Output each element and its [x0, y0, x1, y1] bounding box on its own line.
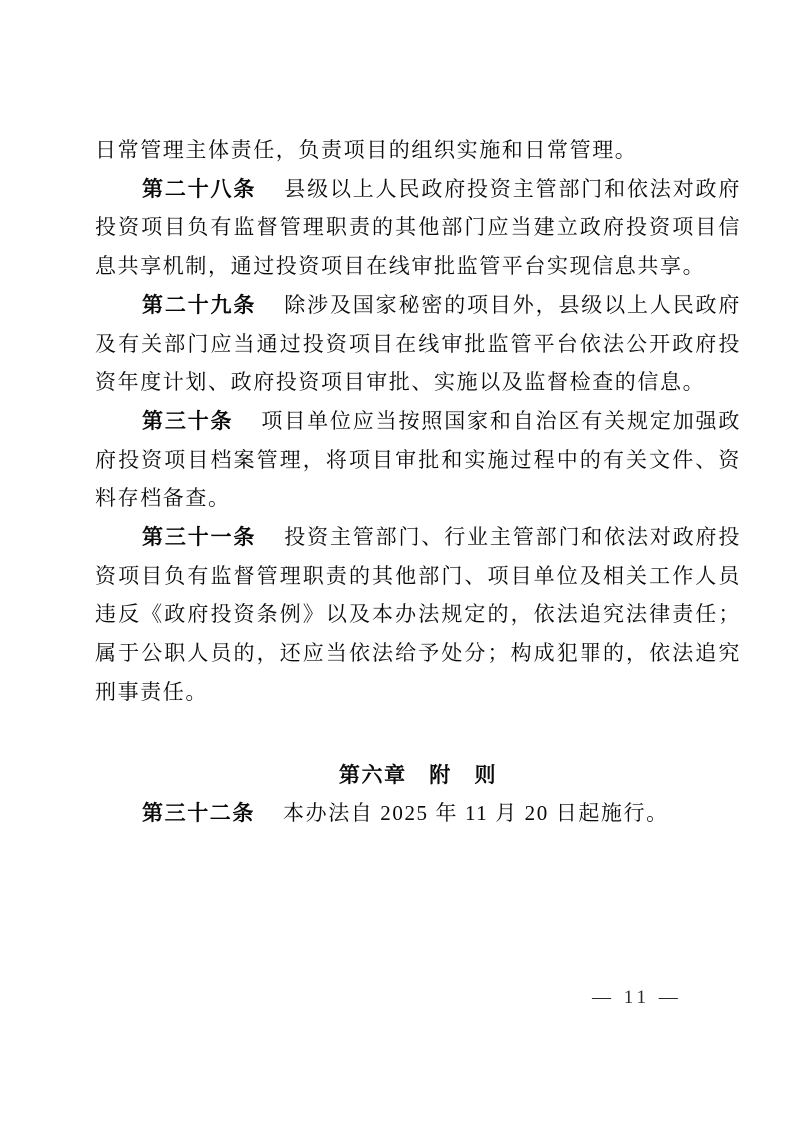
chapter-heading: 第六章 附 则 — [95, 756, 741, 795]
article-29-number: 第二十九条 — [142, 293, 256, 317]
article-28-number: 第二十八条 — [142, 177, 256, 201]
document-body: 日常管理主体责任，负责项目的组织实施和日常管理。 第二十八条县级以上人民政府投资… — [95, 131, 741, 833]
article-28: 第二十八条县级以上人民政府投资主管部门和依法对政府投资项目负有监督管理职责的其他… — [95, 170, 741, 286]
page-number: — 11 — — [592, 985, 682, 1011]
document-page: 日常管理主体责任，负责项目的组织实施和日常管理。 第二十八条县级以上人民政府投资… — [0, 0, 793, 1122]
article-30: 第三十条项目单位应当按照国家和自治区有关规定加强政府投资项目档案管理，将项目审批… — [95, 402, 741, 518]
article-30-number: 第三十条 — [142, 409, 233, 433]
article-32-number: 第三十二条 — [142, 801, 255, 825]
article-31: 第三十一条投资主管部门、行业主管部门和依法对政府投资项目负有监督管理职责的其他部… — [95, 518, 741, 712]
article-31-text: 投资主管部门、行业主管部门和依法对政府投资项目负有监督管理职责的其他部门、项目单… — [95, 525, 741, 704]
article-32: 第三十二条本办法自 2025 年 11 月 20 日起施行。 — [95, 794, 741, 833]
continued-paragraph: 日常管理主体责任，负责项目的组织实施和日常管理。 — [95, 131, 741, 170]
article-32-text: 本办法自 2025 年 11 月 20 日起施行。 — [283, 801, 669, 825]
article-29: 第二十九条除涉及国家秘密的项目外，县级以上人民政府及有关部门应当通过投资项目在线… — [95, 286, 741, 402]
article-31-number: 第三十一条 — [142, 525, 256, 549]
